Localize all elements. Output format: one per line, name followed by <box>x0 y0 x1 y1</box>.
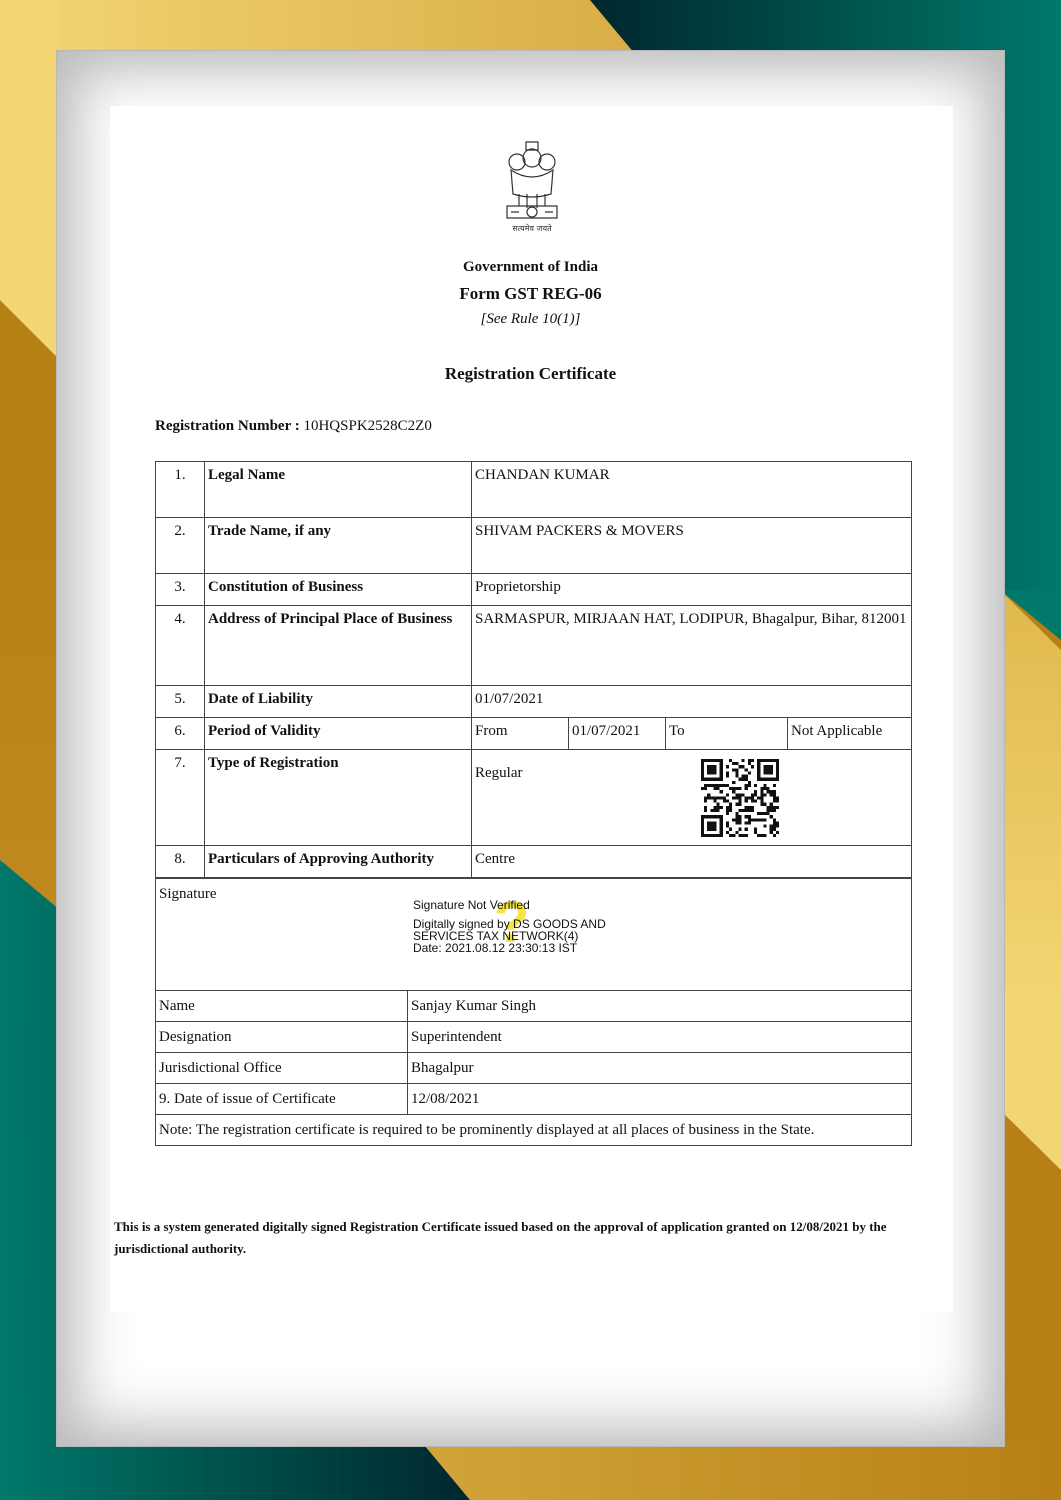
row-number: 3. <box>156 574 205 606</box>
designation-label: Designation <box>156 1022 408 1053</box>
constitution-value: Proprietorship <box>472 574 912 606</box>
table-row: Name Sanjay Kumar Singh <box>156 991 912 1022</box>
display-note: Note: The registration certificate is re… <box>156 1115 912 1146</box>
issue-date-value: 12/08/2021 <box>408 1084 912 1115</box>
row-label: Particulars of Approving Authority <box>205 846 472 878</box>
table-row: Designation Superintendent <box>156 1022 912 1053</box>
row-label: Type of Registration <box>205 750 472 846</box>
row-number: 8. <box>156 846 205 878</box>
row-label: Address of Principal Place of Business <box>205 606 472 686</box>
table-row: Jurisdictional Office Bhagalpur <box>156 1053 912 1084</box>
table-row: 2. Trade Name, if any SHIVAM PACKERS & M… <box>156 518 912 574</box>
row-number: 1. <box>156 462 205 518</box>
table-row: 9. Date of issue of Certificate 12/08/20… <box>156 1084 912 1115</box>
registration-details-table: 1. Legal Name CHANDAN KUMAR 2. Trade Nam… <box>155 461 912 878</box>
row-number: 5. <box>156 686 205 718</box>
table-row: 4. Address of Principal Place of Busines… <box>156 606 912 686</box>
table-row: Note: The registration certificate is re… <box>156 1115 912 1146</box>
table-row: 6. Period of Validity From 01/07/2021 To… <box>156 718 912 750</box>
row-label: Legal Name <box>205 462 472 518</box>
table-row: 7. Type of Registration Regular <box>156 750 912 846</box>
digital-signature-block: Signature Not Verified Digitally signed … <box>413 899 606 954</box>
address-value: SARMASPUR, MIRJAAN HAT, LODIPUR, Bhagalp… <box>472 606 912 686</box>
row-number: 4. <box>156 606 205 686</box>
row-number: 6. <box>156 718 205 750</box>
rule-reference: [See Rule 10(1)] <box>0 311 1061 328</box>
certificate-title: Registration Certificate <box>0 364 1061 384</box>
trade-name-value: SHIVAM PACKERS & MOVERS <box>472 518 912 574</box>
qr-code-icon <box>700 759 780 837</box>
registration-type-value: Regular <box>472 750 912 846</box>
signature-date: Date: 2021.08.12 23:30:13 IST <box>413 942 606 954</box>
row-number: 7. <box>156 750 205 846</box>
registration-number: Registration Number : 10HQSPK2528C2Z0 <box>155 418 432 435</box>
row-label: Date of Liability <box>205 686 472 718</box>
form-title: Form GST REG-06 <box>0 284 1061 304</box>
table-row: 1. Legal Name CHANDAN KUMAR <box>156 462 912 518</box>
footer-statement: This is a system generated digitally sig… <box>114 1216 954 1260</box>
table-row: 8. Particulars of Approving Authority Ce… <box>156 846 912 878</box>
validity-to-label: To <box>666 718 788 750</box>
registration-number-value: 10HQSPK2528C2Z0 <box>303 418 431 434</box>
officer-name-label: Name <box>156 991 408 1022</box>
validity-from-value: 01/07/2021 <box>569 718 666 750</box>
table-row: 3. Constitution of Business Proprietorsh… <box>156 574 912 606</box>
jurisdictional-office-label: Jurisdictional Office <box>156 1053 408 1084</box>
designation-value: Superintendent <box>408 1022 912 1053</box>
approving-authority-value: Centre <box>472 846 912 878</box>
national-emblem-icon: सत्यमेव जयते <box>497 136 567 236</box>
table-row: 5. Date of Liability 01/07/2021 <box>156 686 912 718</box>
signature-status: Signature Not Verified <box>413 899 606 911</box>
svg-text:सत्यमेव जयते: सत्यमेव जयते <box>512 223 552 233</box>
jurisdictional-office-value: Bhagalpur <box>408 1053 912 1084</box>
officer-name-value: Sanjay Kumar Singh <box>408 991 912 1022</box>
legal-name-value: CHANDAN KUMAR <box>472 462 912 518</box>
row-number: 2. <box>156 518 205 574</box>
row-label: Trade Name, if any <box>205 518 472 574</box>
issue-date-label: 9. Date of issue of Certificate <box>156 1084 408 1115</box>
liability-date-value: 01/07/2021 <box>472 686 912 718</box>
row-label: Period of Validity <box>205 718 472 750</box>
validity-from-label: From <box>472 718 569 750</box>
row-label: Constitution of Business <box>205 574 472 606</box>
government-heading: Government of India <box>0 259 1061 276</box>
validity-to-value: Not Applicable <box>788 718 912 750</box>
registration-number-label: Registration Number : <box>155 418 300 434</box>
